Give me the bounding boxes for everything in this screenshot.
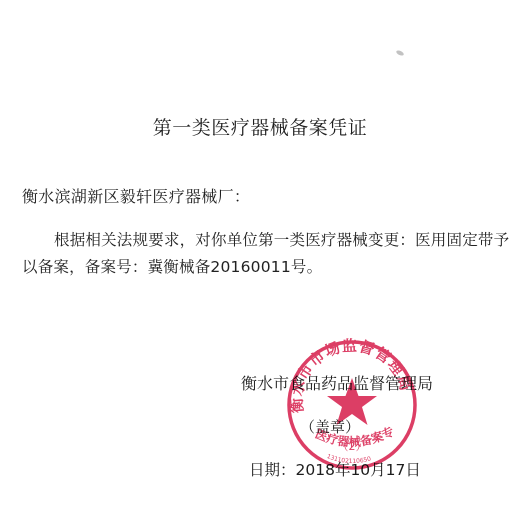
certificate-document: 第一类医疗器械备案凭证 衡水滨湖新区毅轩医疗器械厂： 根据相关法规要求，对你单位… (0, 0, 520, 520)
addressee: 衡水滨湖新区毅轩医疗器械厂： (22, 184, 250, 207)
document-title: 第一类医疗器械备案凭证 (0, 113, 520, 140)
official-seal: 衡水市市场监督管理局 医疗器械备案专用章 （2） 131102110650 (285, 338, 419, 472)
body-line-1: 根据相关法规要求，对你单位第一类医疗器械变更：医用固定带予 (54, 228, 509, 250)
scan-speck (396, 49, 405, 56)
seal-number: （2） (338, 440, 367, 453)
body-line-2: 以备案，备案号：冀衡械备20160011号。 (22, 255, 322, 277)
star-icon (327, 378, 377, 425)
